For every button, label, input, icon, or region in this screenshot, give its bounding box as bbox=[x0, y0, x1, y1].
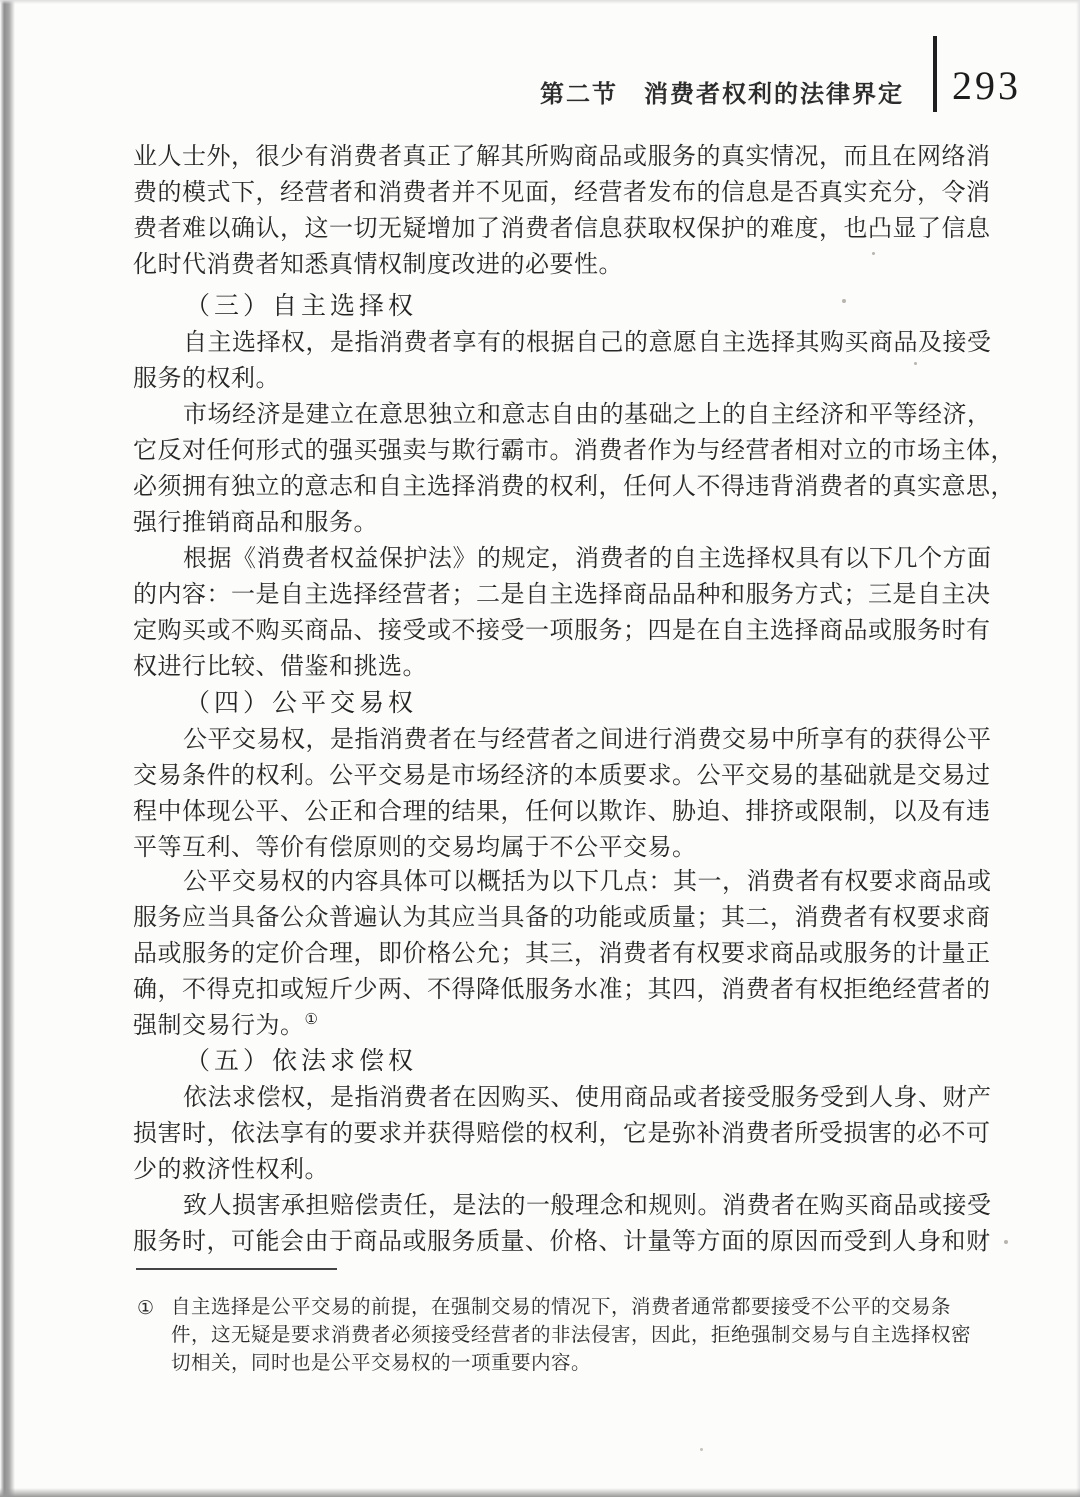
scan-bottom-edge bbox=[0, 1488, 1080, 1497]
text-line: 品或服务的定价合理，即价格公允；其三，消费者有权要求商品或服务的计量正 bbox=[133, 936, 965, 972]
text-line: 它反对任何形式的强买强卖与欺行霸市。消费者作为与经营者相对立的市场主体， bbox=[133, 433, 965, 469]
paragraph: 致人损害承担赔偿责任，是法的一般理念和规则。消费者在购买商品或接受 服务时，可能… bbox=[133, 1188, 965, 1260]
footnote: ① 自主选择是公平交易的前提，在强制交易的情况下，消费者通常都要接受不公平的交易… bbox=[137, 1294, 997, 1378]
text-line: 市场经济是建立在意思独立和意志自由的基础之上的自主经济和平等经济， bbox=[133, 397, 965, 433]
header-vertical-rule bbox=[933, 36, 937, 112]
text-line: 权进行比较、借鉴和挑选。 bbox=[133, 649, 965, 685]
text-line: 费者难以确认，这一切无疑增加了消费者信息获取权保护的难度，也凸显了信息 bbox=[133, 211, 965, 247]
text-line: 少的救济性权利。 bbox=[133, 1152, 965, 1188]
paragraph: 市场经济是建立在意思独立和意志自由的基础之上的自主经济和平等经济， 它反对任何形… bbox=[133, 397, 965, 541]
footnote-line: 自主选择是公平交易的前提，在强制交易的情况下，消费者通常都要接受不公平的交易条 bbox=[171, 1294, 971, 1322]
footnote-reference: ① bbox=[305, 1012, 318, 1028]
scan-speck bbox=[700, 1448, 703, 1451]
paragraph: 根据《消费者权益保护法》的规定，消费者的自主选择权具有以下几个方面 的内容：一是… bbox=[133, 541, 965, 685]
text-line: 服务时，可能会由于商品或服务质量、价格、计量等方面的原因而受到人身和财 bbox=[133, 1224, 965, 1260]
paragraph: 业人士外，很少有消费者真正了解其所购商品或服务的真实情况，而且在网络消 费的模式… bbox=[133, 139, 965, 283]
running-head: 第二节 消费者权利的法律界定 bbox=[540, 74, 904, 109]
text-line: 平等互利、等价有偿原则的交易均属于不公平交易。 bbox=[133, 830, 965, 866]
text-line: 业人士外，很少有消费者真正了解其所购商品或服务的真实情况，而且在网络消 bbox=[133, 139, 965, 175]
scan-right-edge bbox=[1076, 0, 1080, 1497]
text-line: 交易条件的权利。公平交易是市场经济的本质要求。公平交易的基础就是交易过 bbox=[133, 758, 965, 794]
book-page-scan: 第二节 消费者权利的法律界定 293 业人士外，很少有消费者真正了解其所购商品或… bbox=[0, 0, 1080, 1497]
paragraph: 依法求偿权，是指消费者在因购买、使用商品或者接受服务受到人身、财产 损害时，依法… bbox=[133, 1080, 965, 1188]
text-line: 的内容：一是自主选择经营者；二是自主选择商品品种和服务方式；三是自主决 bbox=[133, 577, 965, 613]
text-line: 公平交易权的内容具体可以概括为以下几点：其一，消费者有权要求商品或 bbox=[133, 864, 965, 900]
footnote-marker: ① bbox=[137, 1294, 154, 1378]
running-head-section-label: 第二节 bbox=[540, 74, 618, 109]
text-line: 服务应当具备公众普遍认为其应当具备的功能或质量；其二，消费者有权要求商 bbox=[133, 900, 965, 936]
text-line: 公平交易权，是指消费者在与经营者之间进行消费交易中所享有的获得公平 bbox=[133, 722, 965, 758]
text-line: 强制交易行为。① bbox=[133, 1008, 965, 1044]
text-line: 强行推销商品和服务。 bbox=[133, 505, 965, 541]
scan-speck bbox=[842, 299, 846, 303]
section-heading: （四）公平交易权 bbox=[185, 686, 417, 722]
text-line: 确，不得克扣或短斤少两、不得降低服务水准；其四，消费者有权拒绝经营者的 bbox=[133, 972, 965, 1008]
text-line: 必须拥有独立的意志和自主选择消费的权利，任何人不得违背消费者的真实意思， bbox=[133, 469, 965, 505]
footnote-divider bbox=[136, 1268, 337, 1270]
text-line-part: 强制交易行为。 bbox=[133, 1013, 305, 1039]
scan-top-edge bbox=[0, 0, 1080, 4]
text-line: 程中体现公平、公正和合理的结果，任何以欺诈、胁迫、排挤或限制，以及有违 bbox=[133, 794, 965, 830]
running-head-section-title: 消费者权利的法律界定 bbox=[644, 74, 904, 109]
paragraph: 自主选择权，是指消费者享有的根据自己的意愿自主选择其购买商品及接受 服务的权利。 bbox=[133, 325, 965, 397]
text-line: 根据《消费者权益保护法》的规定，消费者的自主选择权具有以下几个方面 bbox=[133, 541, 965, 577]
footnote-line: 切相关，同时也是公平交易权的一项重要内容。 bbox=[171, 1350, 971, 1378]
paragraph: 公平交易权，是指消费者在与经营者之间进行消费交易中所享有的获得公平 交易条件的权… bbox=[133, 722, 965, 866]
text-line: 费的模式下，经营者和消费者并不见面，经营者发布的信息是否真实充分，令消 bbox=[133, 175, 965, 211]
text-line: 化时代消费者知悉真情权制度改进的必要性。 bbox=[133, 247, 965, 283]
paragraph: 公平交易权的内容具体可以概括为以下几点：其一，消费者有权要求商品或 服务应当具备… bbox=[133, 864, 965, 1044]
text-line: 服务的权利。 bbox=[133, 361, 965, 397]
text-line: 依法求偿权，是指消费者在因购买、使用商品或者接受服务受到人身、财产 bbox=[133, 1080, 965, 1116]
section-heading: （三）自主选择权 bbox=[185, 289, 417, 325]
text-line: 损害时，依法享有的要求并获得赔偿的权利，它是弥补消费者所受损害的必不可 bbox=[133, 1116, 965, 1152]
section-heading: （五）依法求偿权 bbox=[185, 1044, 417, 1080]
scan-speck bbox=[1004, 1240, 1008, 1244]
footnote-line: 件，这无疑是要求消费者必须接受经营者的非法侵害，因此，拒绝强制交易与自主选择权密 bbox=[171, 1322, 971, 1350]
text-line: 致人损害承担赔偿责任，是法的一般理念和规则。消费者在购买商品或接受 bbox=[133, 1188, 965, 1224]
scan-left-edge bbox=[0, 0, 15, 1497]
text-line: 定购买或不购买商品、接受或不接受一项服务；四是在自主选择商品或服务时有 bbox=[133, 613, 965, 649]
footnote-text: 自主选择是公平交易的前提，在强制交易的情况下，消费者通常都要接受不公平的交易条 … bbox=[171, 1294, 971, 1378]
text-line: 自主选择权，是指消费者享有的根据自己的意愿自主选择其购买商品及接受 bbox=[133, 325, 965, 361]
page-number: 293 bbox=[952, 62, 1021, 109]
